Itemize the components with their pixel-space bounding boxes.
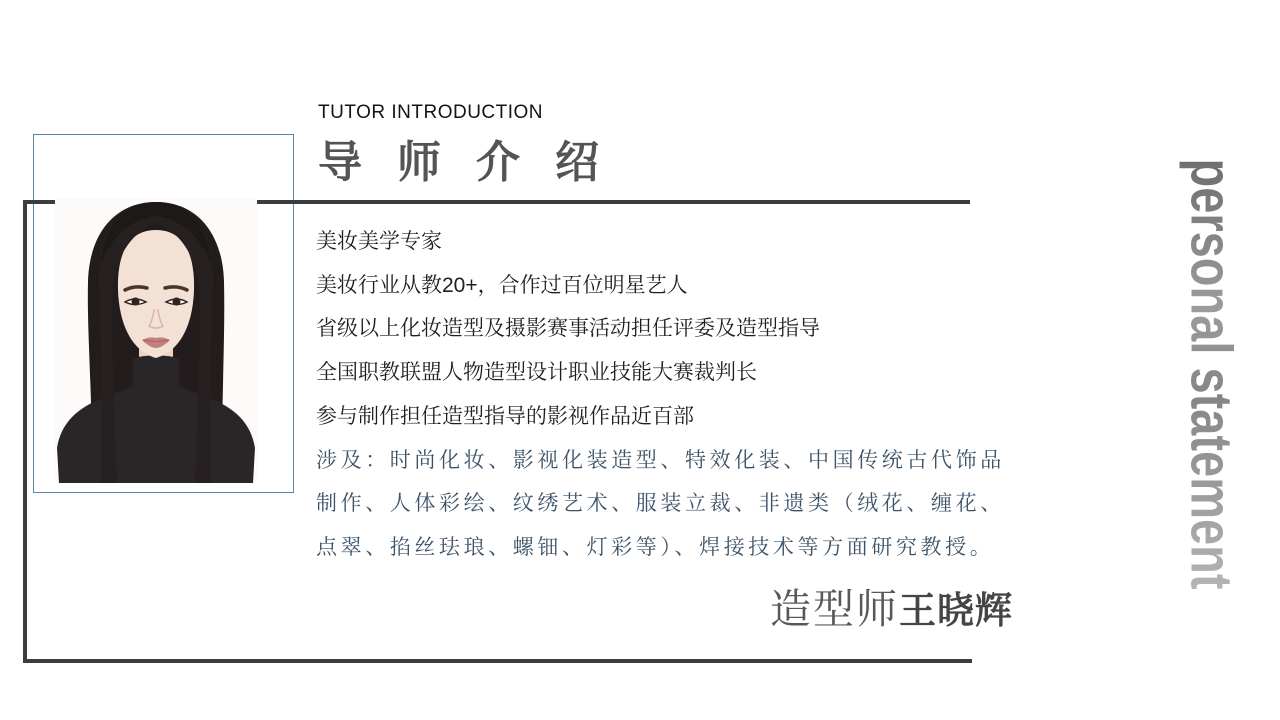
frame-left-line — [23, 200, 27, 663]
bio-line: 全国职教联盟人物造型设计职业技能大赛裁判长 — [316, 351, 1016, 395]
frame-bottom-line — [23, 659, 972, 663]
page-title-en: TUTOR INTRODUCTION — [318, 102, 543, 124]
page-title-cn: 导 师 介 绍 — [318, 126, 611, 190]
bio-line: 美妆行业从教20+，合作过百位明星艺人 — [316, 264, 1016, 308]
bio-line: 制作、人体彩绘、纹绣艺术、服装立裁、非遗类（绒花、缠花、 — [316, 482, 1016, 526]
bio-line: 涉及：时尚化妆、影视化装造型、特效化装、中国传统古代饰品 — [316, 439, 1016, 483]
portrait-illustration — [55, 198, 257, 483]
bio-line: 美妆美学专家 — [316, 220, 1016, 264]
signature: 造型师王晓辉 — [770, 576, 1013, 635]
tutor-bio: 美妆美学专家 美妆行业从教20+，合作过百位明星艺人 省级以上化妆造型及摄影赛事… — [316, 220, 1016, 570]
signature-role: 造型师 — [770, 586, 899, 632]
side-label-personal-statement: personal statement — [1178, 159, 1247, 590]
bio-line: 参与制作担任造型指导的影视作品近百部 — [316, 395, 1016, 439]
bio-line: 点翠、掐丝珐琅、螺钿、灯彩等）、焊接技术等方面研究教授。 — [316, 526, 1016, 570]
signature-name: 王晓辉 — [899, 590, 1013, 631]
tutor-photo — [55, 198, 257, 483]
bio-line: 省级以上化妆造型及摄影赛事活动担任评委及造型指导 — [316, 307, 1016, 351]
